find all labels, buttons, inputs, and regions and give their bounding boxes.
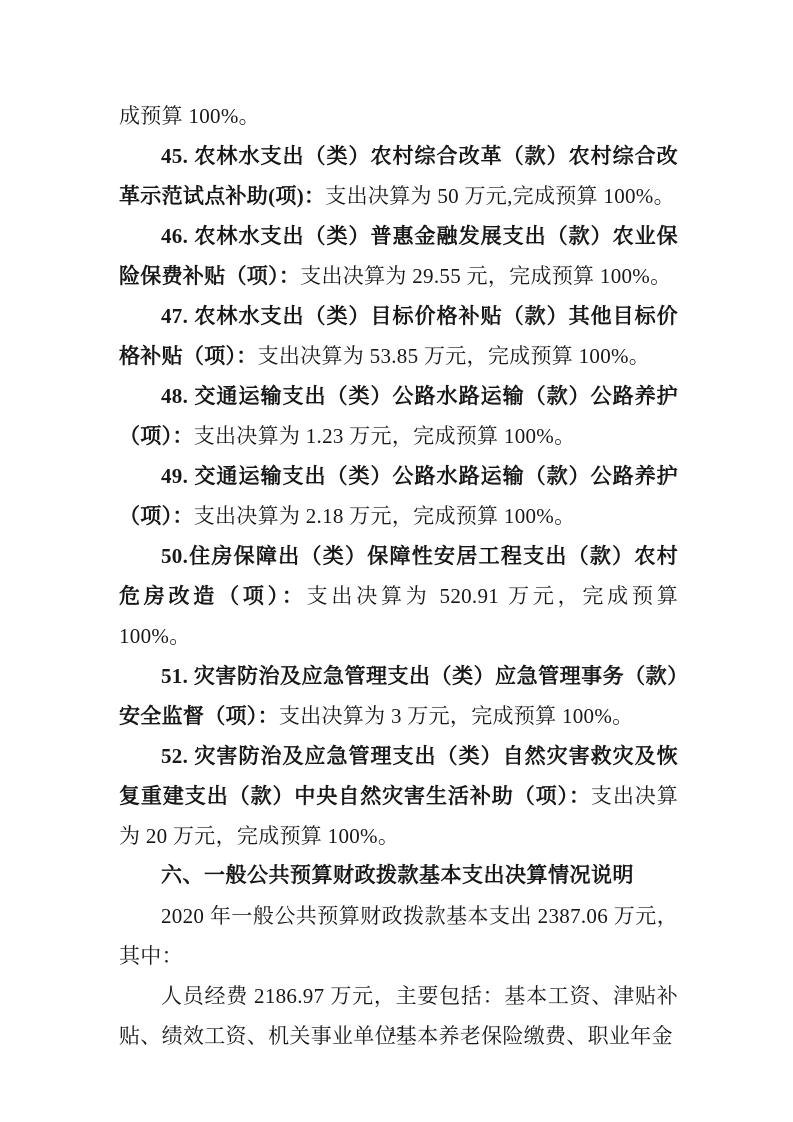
paragraph-continuation: 成预算 100%。 [119, 96, 678, 136]
item-value: 支出决算为 53.85 万元，完成预算 100%。 [258, 344, 651, 368]
paragraph-total-basic-expenditure: 2020 年一般公共预算财政拨款基本支出 2387.06 万元，其中： [119, 896, 678, 976]
page-number: 13 [0, 1024, 793, 1039]
budget-item-52: 52. 灾害防治及应急管理支出（类）自然灾害救灾及恢复重建支出（款）中央自然灾害… [119, 736, 678, 856]
budget-item-45: 45. 农林水支出（类）农村综合改革（款）农村综合改革示范试点补助(项)：支出决… [119, 136, 678, 216]
paragraph-personnel-expense: 人员经费 2186.97 万元，主要包括：基本工资、津贴补贴、绩效工资、机关事业… [119, 976, 678, 1056]
item-value: 支出决算为 50 万元,完成预算 100%。 [325, 184, 675, 208]
budget-item-46: 46. 农林水支出（类）普惠金融发展支出（款）农业保险保费补贴（项）：支出决算为… [119, 216, 678, 296]
budget-item-47: 47. 农林水支出（类）目标价格补贴（款）其他目标价格补贴（项）：支出决算为 5… [119, 296, 678, 376]
document-page: 成预算 100%。 45. 农林水支出（类）农村综合改革（款）农村综合改革示范试… [0, 0, 793, 1122]
item-value: 支出决算为 2.18 万元，完成预算 100%。 [194, 504, 576, 528]
item-value: 支出决算为 1.23 万元，完成预算 100%。 [194, 424, 576, 448]
document-body: 成预算 100%。 45. 农林水支出（类）农村综合改革（款）农村综合改革示范试… [119, 96, 678, 1056]
item-value: 支出决算为 29.55 元，完成预算 100%。 [300, 264, 671, 288]
budget-item-50: 50.住房保障出（类）保障性安居工程支出（款）农村危房改造（项）：支出决算为 5… [119, 536, 678, 656]
budget-item-51: 51. 灾害防治及应急管理支出（类）应急管理事务（款）安全监督（项）：支出决算为… [119, 656, 678, 736]
section-heading: 六、一般公共预算财政拨款基本支出决算情况说明 [119, 856, 678, 896]
item-value: 支出决算为 3 万元，完成预算 100%。 [279, 704, 634, 728]
budget-item-49: 49. 交通运输支出（类）公路水路运输（款）公路养护（项）：支出决算为 2.18… [119, 456, 678, 536]
budget-item-48: 48. 交通运输支出（类）公路水路运输（款）公路养护（项）：支出决算为 1.23… [119, 376, 678, 456]
